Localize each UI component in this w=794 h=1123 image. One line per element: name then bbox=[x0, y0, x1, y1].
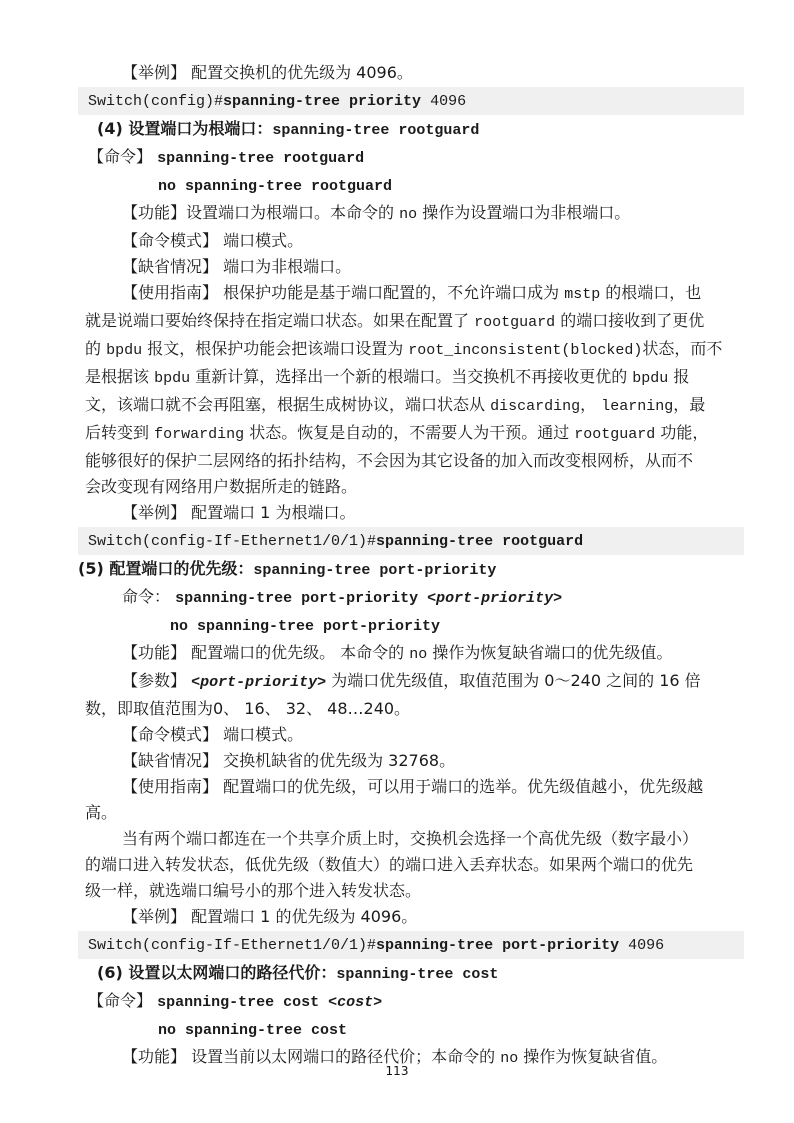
cli-example: Switch(config)#spanning-tree priority 40… bbox=[78, 87, 744, 115]
text-segment: 会改变现有网络用户数据所走的链路。 bbox=[85, 477, 357, 496]
text-segment: 高。 bbox=[85, 803, 117, 822]
text-segment: 后转变到 bbox=[85, 423, 154, 442]
text-segment: mstp bbox=[564, 286, 600, 303]
text-segment: ， bbox=[580, 395, 601, 414]
paragraph-line: 【举例】 配置端口 1 为根端口。 bbox=[122, 500, 744, 526]
text-segment: no bbox=[399, 206, 417, 223]
command-label-line: 命令： spanning-tree port-priority <port-pr… bbox=[122, 584, 744, 612]
text-segment: 就是说端口要始终保持在指定端口状态。如果在配置了 bbox=[85, 311, 474, 330]
paragraph-line: 【参数】 <port-priority> 为端口优先级值，取值范围为 0～240… bbox=[122, 668, 744, 696]
text-segment: spanning-tree priority bbox=[223, 93, 421, 110]
text-segment: 【举例】 配置端口 1 的优先级为 4096。 bbox=[122, 907, 417, 926]
text-segment: no bbox=[409, 646, 427, 663]
command-label-line: 【命令】 spanning-tree cost <cost> bbox=[88, 988, 744, 1016]
text-segment: 操作为设置端口为非根端口。 bbox=[417, 203, 630, 222]
text-segment: 级一样，就选端口编号小的那个进入转发状态。 bbox=[85, 881, 421, 900]
text-segment: 的端口接收到了更优 bbox=[555, 311, 704, 330]
text-segment: spanning-tree port-priority bbox=[175, 590, 427, 607]
text-segment: rootguard bbox=[574, 426, 655, 443]
paragraph-line: 数，即取值范围为0、 16、 32、 48…240。 bbox=[85, 696, 744, 722]
text-segment: 【功能】 配置端口的优先级。 本命令的 bbox=[122, 643, 409, 662]
paragraph-line: 【功能】 配置端口的优先级。 本命令的 no 操作为恢复缺省端口的优先级值。 bbox=[122, 640, 744, 668]
text-segment: <port-priority> bbox=[191, 674, 326, 691]
text-segment: spanning-tree rootguard bbox=[157, 150, 364, 167]
text-segment: spanning-tree cost bbox=[157, 994, 328, 1011]
paragraph-line: 【使用指南】 配置端口的优先级，可以用于端口的选举。优先级值越小，优先级越 bbox=[122, 774, 744, 800]
text-segment: <port-priority> bbox=[427, 590, 562, 607]
text-segment: root_inconsistent(blocked) bbox=[408, 342, 642, 359]
text-segment: 重新计算，选择出一个新的根端口。当交换机不再接收更优的 bbox=[190, 367, 632, 386]
text-segment: discarding bbox=[490, 398, 580, 415]
command-line: no spanning-tree cost bbox=[158, 1016, 744, 1044]
text-segment: 文，该端口就不会再阻塞，根据生成树协议，端口状态从 bbox=[85, 395, 490, 414]
text-segment: (5) 配置端口的优先级： bbox=[78, 559, 253, 578]
text-segment: <cost> bbox=[328, 994, 382, 1011]
text-segment: 【命令模式】 端口模式。 bbox=[122, 231, 303, 250]
text-segment: spanning-tree rootguard bbox=[376, 533, 583, 550]
text-segment: 报 bbox=[668, 367, 689, 386]
text-segment: 报文，根保护功能会把该端口设置为 bbox=[142, 339, 408, 358]
paragraph-line: 当有两个端口都连在一个共享介质上时，交换机会选择一个高优先级（数字最小） bbox=[122, 826, 744, 852]
paragraph-line: 后转变到 forwarding 状态。恢复是自动的，不需要人为干预。通过 roo… bbox=[85, 420, 744, 448]
paragraph-line: 的端口进入转发状态，低优先级（数值大）的端口进入丢弃状态。如果两个端口的优先 bbox=[85, 852, 744, 878]
paragraph-line: 能够很好的保护二层网络的拓扑结构，不会因为其它设备的加入而改变根网桥，从而不 bbox=[85, 448, 744, 474]
text-segment: 能够很好的保护二层网络的拓扑结构，不会因为其它设备的加入而改变根网桥，从而不 bbox=[85, 451, 693, 470]
text-segment: 操作为恢复缺省端口的优先级值。 bbox=[427, 643, 672, 662]
text-segment: bpdu bbox=[632, 370, 668, 387]
page-number: 113 bbox=[386, 1064, 409, 1078]
text-segment: spanning-tree port-priority bbox=[376, 937, 619, 954]
text-segment: no spanning-tree rootguard bbox=[158, 178, 392, 195]
paragraph-line: 【举例】 配置交换机的优先级为 4096。 bbox=[122, 60, 744, 86]
text-segment: 【举例】 配置交换机的优先级为 4096。 bbox=[122, 63, 413, 82]
text-segment: 4096 bbox=[421, 93, 466, 110]
text-segment: 的端口进入转发状态，低优先级（数值大）的端口进入丢弃状态。如果两个端口的优先 bbox=[85, 855, 693, 874]
text-segment: 功能， bbox=[655, 423, 708, 442]
text-segment: 【缺省情况】 交换机缺省的优先级为 32768。 bbox=[122, 751, 455, 770]
text-segment: 【举例】 配置端口 1 为根端口。 bbox=[122, 503, 355, 522]
cli-example: Switch(config-If-Ethernet1/0/1)#spanning… bbox=[78, 527, 744, 555]
text-segment: Switch(config-If-Ethernet1/0/1)# bbox=[88, 937, 376, 954]
text-segment: 为端口优先级值，取值范围为 0～240 之间的 16 倍 bbox=[326, 671, 701, 690]
text-segment: spanning-tree cost bbox=[336, 966, 498, 983]
paragraph-line: 【举例】 配置端口 1 的优先级为 4096。 bbox=[122, 904, 744, 930]
paragraph-line: 级一样，就选端口编号小的那个进入转发状态。 bbox=[85, 878, 744, 904]
text-segment: 【使用指南】 配置端口的优先级，可以用于端口的选举。优先级值越小，优先级越 bbox=[122, 777, 703, 796]
text-segment: spanning-tree port-priority bbox=[253, 562, 496, 579]
paragraph-line: 【命令模式】 端口模式。 bbox=[122, 722, 744, 748]
text-segment: Switch(config)# bbox=[88, 93, 223, 110]
text-segment: 【参数】 bbox=[122, 671, 191, 690]
section-heading: (6) 设置以太网端口的路径代价：spanning-tree cost bbox=[97, 960, 744, 988]
text-segment: 的根端口，也 bbox=[600, 283, 701, 302]
section-heading: (5) 配置端口的优先级：spanning-tree port-priority bbox=[78, 556, 744, 584]
document-body: 【举例】 配置交换机的优先级为 4096。Switch(config)#span… bbox=[78, 60, 744, 1072]
text-segment: 命令： bbox=[122, 587, 175, 606]
text-segment: 当有两个端口都连在一个共享介质上时，交换机会选择一个高优先级（数字最小） bbox=[122, 829, 698, 848]
paragraph-line: 【功能】设置端口为根端口。本命令的 no 操作为设置端口为非根端口。 bbox=[122, 200, 744, 228]
paragraph-line: 高。 bbox=[85, 800, 744, 826]
command-line: no spanning-tree rootguard bbox=[158, 172, 744, 200]
text-segment: 状态，而不 bbox=[642, 339, 722, 358]
text-segment: no spanning-tree port-priority bbox=[170, 618, 440, 635]
text-segment: 4096 bbox=[619, 937, 664, 954]
text-segment: 【命令模式】 端口模式。 bbox=[122, 725, 303, 744]
text-segment: spanning-tree rootguard bbox=[272, 122, 479, 139]
text-segment: (4) 设置端口为根端口： bbox=[97, 119, 272, 138]
text-segment: 是根据该 bbox=[85, 367, 154, 386]
paragraph-line: 会改变现有网络用户数据所走的链路。 bbox=[85, 474, 744, 500]
command-line: no spanning-tree port-priority bbox=[170, 612, 744, 640]
text-segment: 【缺省情况】 端口为非根端口。 bbox=[122, 257, 351, 276]
text-segment: no spanning-tree cost bbox=[158, 1022, 347, 1039]
text-segment: Switch(config-If-Ethernet1/0/1)# bbox=[88, 533, 376, 550]
text-segment: (6) 设置以太网端口的路径代价： bbox=[97, 963, 336, 982]
document-page: 【举例】 配置交换机的优先级为 4096。Switch(config)#span… bbox=[0, 0, 794, 1123]
text-segment: 【命令】 bbox=[88, 147, 157, 166]
text-segment: 【功能】设置端口为根端口。本命令的 bbox=[122, 203, 399, 222]
paragraph-line: 【缺省情况】 端口为非根端口。 bbox=[122, 254, 744, 280]
paragraph-line: 【命令模式】 端口模式。 bbox=[122, 228, 744, 254]
section-heading: (4) 设置端口为根端口：spanning-tree rootguard bbox=[97, 116, 744, 144]
text-segment: 【使用指南】 根保护功能是基于端口配置的，不允许端口成为 bbox=[122, 283, 564, 302]
text-segment: ，最 bbox=[673, 395, 705, 414]
cli-example: Switch(config-If-Ethernet1/0/1)#spanning… bbox=[78, 931, 744, 959]
text-segment: learning bbox=[601, 398, 673, 415]
text-segment: 【命令】 bbox=[88, 991, 157, 1010]
paragraph-line: 的 bpdu 报文，根保护功能会把该端口设置为 root_inconsisten… bbox=[85, 336, 744, 364]
paragraph-line: 【使用指南】 根保护功能是基于端口配置的，不允许端口成为 mstp 的根端口，也 bbox=[122, 280, 744, 308]
paragraph-line: 就是说端口要始终保持在指定端口状态。如果在配置了 rootguard 的端口接收… bbox=[85, 308, 744, 336]
page-footer: 113 bbox=[0, 1060, 794, 1079]
text-segment: rootguard bbox=[474, 314, 555, 331]
paragraph-line: 是根据该 bpdu 重新计算，选择出一个新的根端口。当交换机不再接收更优的 bp… bbox=[85, 364, 744, 392]
text-segment: bpdu bbox=[106, 342, 142, 359]
text-segment: bpdu bbox=[154, 370, 190, 387]
text-segment: 数，即取值范围为0、 16、 32、 48…240。 bbox=[85, 699, 410, 718]
text-segment: forwarding bbox=[154, 426, 244, 443]
text-segment: 的 bbox=[85, 339, 106, 358]
text-segment: 状态。恢复是自动的，不需要人为干预。通过 bbox=[244, 423, 574, 442]
command-label-line: 【命令】 spanning-tree rootguard bbox=[88, 144, 744, 172]
paragraph-line: 【缺省情况】 交换机缺省的优先级为 32768。 bbox=[122, 748, 744, 774]
paragraph-line: 文，该端口就不会再阻塞，根据生成树协议，端口状态从 discarding， le… bbox=[85, 392, 744, 420]
